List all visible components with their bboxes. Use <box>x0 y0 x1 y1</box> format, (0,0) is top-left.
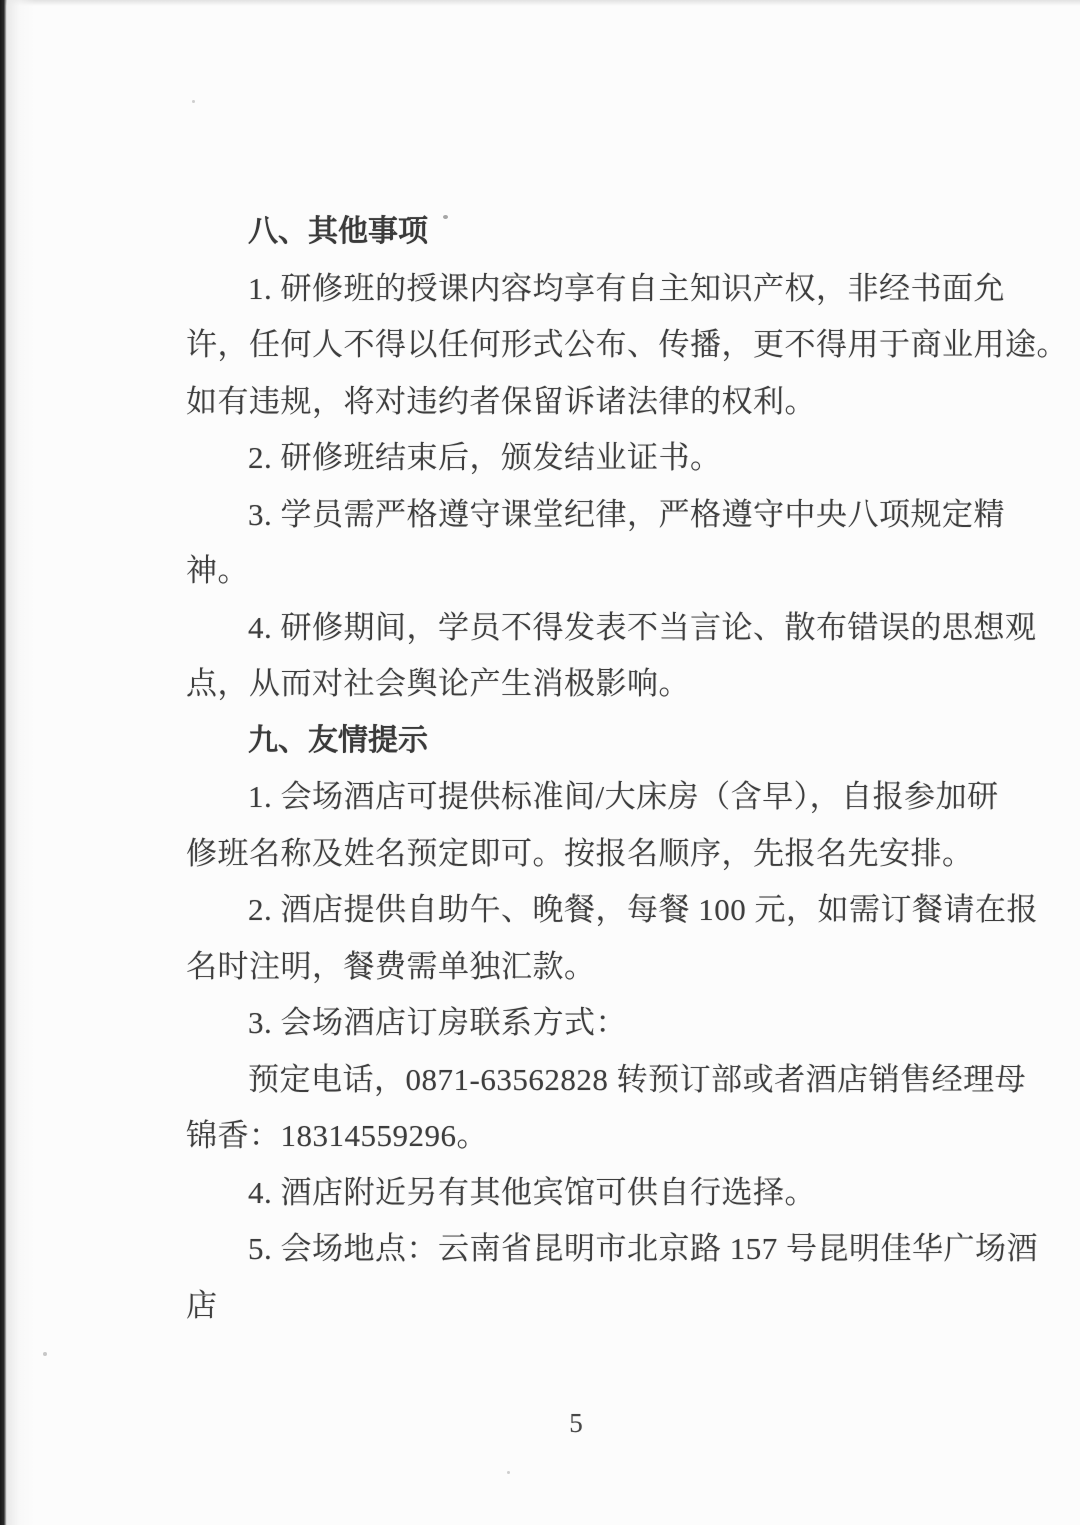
scan-speck <box>43 1352 47 1356</box>
scan-speck <box>192 100 195 103</box>
text-line: 点，从而对社会舆论产生消极影响。 <box>186 656 1006 713</box>
text-line: 神。 <box>186 543 1006 600</box>
scan-edge-left <box>0 0 7 1525</box>
text-line: 修班名称及姓名预定即可。按报名顺序，先报名先安排。 <box>186 826 1006 883</box>
scan-speck <box>507 1471 510 1474</box>
text-line: 店 <box>186 1278 1006 1335</box>
text-line: 4. 研修期间，学员不得发表不当言论、散布错误的思想观 <box>186 600 1006 657</box>
text-line: 2. 研修班结束后，颁发结业证书。 <box>186 430 1006 487</box>
text-line: 许，任何人不得以任何形式公布、传播，更不得用于商业用途。 <box>186 317 1006 374</box>
section-heading: 九、友情提示 <box>186 713 1006 770</box>
text-line: 1. 研修班的授课内容均享有自主知识产权，非经书面允 <box>186 261 1006 318</box>
text-line: 4. 酒店附近另有其他宾馆可供自行选择。 <box>186 1165 1006 1222</box>
section-heading: 八、其他事项 <box>186 204 1006 261</box>
text-line: 名时注明，餐费需单独汇款。 <box>186 939 1006 996</box>
text-line: 3. 会场酒店订房联系方式： <box>186 995 1006 1052</box>
document-body: 八、其他事项1. 研修班的授课内容均享有自主知识产权，非经书面允许，任何人不得以… <box>186 204 1006 1334</box>
text-line: 2. 酒店提供自助午、晚餐，每餐 100 元，如需订餐请在报 <box>186 882 1006 939</box>
text-line: 如有违规，将对违约者保留诉诸法律的权利。 <box>186 374 1006 431</box>
scan-edge-top <box>0 0 1080 6</box>
document-page: 八、其他事项1. 研修班的授课内容均享有自主知识产权，非经书面允许，任何人不得以… <box>0 0 1080 1525</box>
text-line: 锦香：18314559296。 <box>186 1108 1006 1165</box>
text-line: 5. 会场地点：云南省昆明市北京路 157 号昆明佳华广场酒 <box>186 1221 1006 1278</box>
text-line: 3. 学员需严格遵守课堂纪律，严格遵守中央八项规定精 <box>186 487 1006 544</box>
scan-edge-left-fade <box>7 0 35 1525</box>
text-line: 1. 会场酒店可提供标准间/大床房（含早），自报参加研 <box>186 769 1006 826</box>
text-line: 预定电话，0871-63562828 转预订部或者酒店销售经理母 <box>186 1052 1006 1109</box>
page-number: 5 <box>0 1408 1080 1439</box>
